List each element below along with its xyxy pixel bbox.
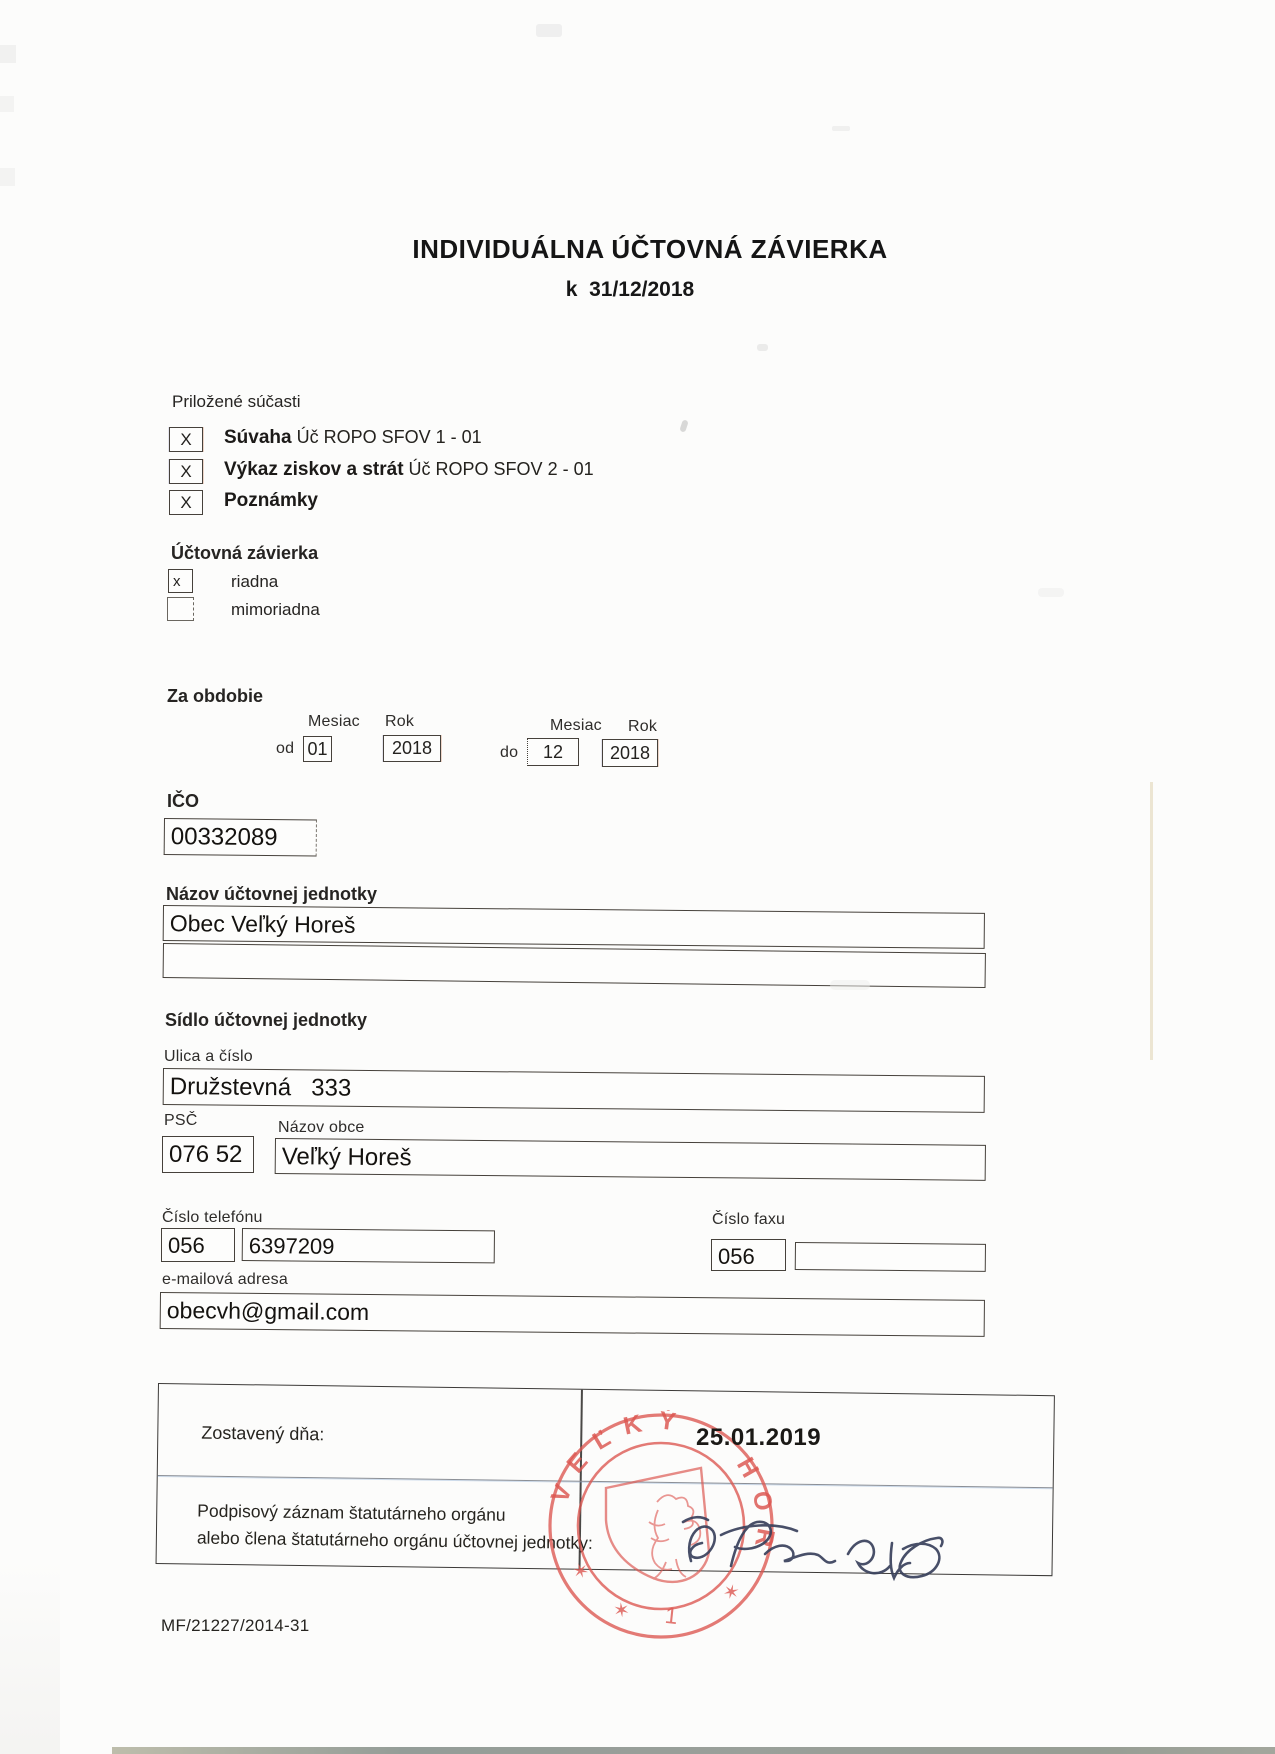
email-label: e-mailová adresa <box>162 1271 288 1289</box>
scan-artifact <box>536 24 562 37</box>
attachment-name: Súvaha <box>224 427 292 448</box>
period-to-month-value: 12 <box>543 742 563 763</box>
phone-prefix-value: 056 <box>162 1229 234 1258</box>
compiled-date-value: 25.01.2019 <box>696 1424 821 1452</box>
entity-name-value: Obec Veľký Horeš <box>164 906 984 944</box>
attachment-form-code: Úč ROPO SFOV 1 - 01 <box>292 427 482 447</box>
table-row-divider <box>158 1475 1053 1489</box>
town-value: Veľký Horeš <box>276 1139 985 1177</box>
svg-text:✶: ✶ <box>612 1599 631 1623</box>
period-label: Za obdobie <box>167 686 263 707</box>
attachment-form-code: Úč ROPO SFOV 2 - 01 <box>404 459 594 479</box>
attachment-name: Výkaz ziskov a strát <box>224 459 404 480</box>
statement-type-label: Účtovná závierka <box>171 543 318 564</box>
scan-artifact-streak <box>1150 782 1153 1060</box>
phone-number-value: 6397209 <box>243 1229 494 1261</box>
scan-edge-strip <box>112 1747 1275 1754</box>
signature-label-line1: Podpisový záznam štatutárneho orgánu <box>197 1501 506 1526</box>
period-from-month-value: 01 <box>307 739 327 760</box>
fax-prefix-value: 056 <box>712 1240 785 1269</box>
checkbox-mimoriadna <box>167 597 194 621</box>
form-subtitle: k 31/12/2018 <box>330 278 930 302</box>
mimoriadna-label: mimoriadna <box>231 600 320 620</box>
checkbox-suvaha: X <box>169 427 203 452</box>
scan-artifact <box>0 96 14 112</box>
fax-number-value <box>796 1243 985 1250</box>
street-value: Družstevná 333 <box>164 1069 984 1108</box>
period-from-year-label: Rok <box>385 713 414 731</box>
period-from-month-field: 01 <box>303 736 332 762</box>
phone-label: Číslo telefónu <box>162 1209 263 1227</box>
email-value: obecvh@gmail.com <box>161 1293 984 1331</box>
zip-label: PSČ <box>164 1112 198 1130</box>
attachment-item: Poznámky <box>224 490 318 512</box>
signature-label-line2: alebo člena štatutárneho orgánu účtovnej… <box>197 1528 593 1554</box>
period-from-month-label: Mesiac <box>308 713 360 731</box>
fax-label: Číslo faxu <box>712 1211 785 1229</box>
zip-field: 076 52 <box>162 1136 254 1173</box>
checkbox-suvaha-mark: X <box>180 430 191 450</box>
fax-prefix-field: 056 <box>711 1239 786 1271</box>
street-label: Ulica a číslo <box>164 1048 253 1066</box>
scanned-form-page: INDIVIDUÁLNA ÚČTOVNÁ ZÁVIERKA k 31/12/20… <box>0 0 1275 1754</box>
scan-artifact <box>1038 588 1064 597</box>
entity-name-field: Obec Veľký Horeš <box>163 905 985 949</box>
attachment-item: Súvaha Úč ROPO SFOV 1 - 01 <box>224 427 482 449</box>
period-to-year-field: 2018 <box>602 739 658 767</box>
scan-artifact <box>679 419 688 432</box>
scan-corner-shading <box>0 1560 60 1754</box>
svg-text:✶: ✶ <box>720 1580 742 1605</box>
entity-name-label: Názov účtovnej jednotky <box>166 884 377 905</box>
footer-form-code: MF/21227/2014-31 <box>161 1616 309 1636</box>
address-label: Sídlo účtovnej jednotky <box>165 1010 367 1031</box>
checkbox-riadna-mark: x <box>173 573 181 590</box>
entity-name-field-2 <box>163 943 986 988</box>
period-to-month-label: Mesiac <box>550 717 602 735</box>
ico-value: 00332089 <box>165 819 316 852</box>
period-from-label: od <box>276 740 294 758</box>
period-to-label: do <box>500 744 518 762</box>
phone-prefix-field: 056 <box>161 1228 235 1262</box>
period-to-year-value: 2018 <box>610 743 650 764</box>
zip-value: 076 52 <box>163 1137 253 1168</box>
email-field: obecvh@gmail.com <box>160 1292 985 1337</box>
ico-field: 00332089 <box>164 818 317 856</box>
attachment-item: Výkaz ziskov a strát Úč ROPO SFOV 2 - 01 <box>224 459 594 481</box>
town-label: Názov obce <box>278 1119 365 1137</box>
checkbox-poznamky: X <box>169 490 203 515</box>
form-title: INDIVIDUÁLNA ÚČTOVNÁ ZÁVIERKA <box>340 234 960 265</box>
phone-number-field: 6397209 <box>242 1228 495 1263</box>
scan-artifact <box>0 45 16 63</box>
checkbox-vykaz-mark: X <box>180 462 191 482</box>
period-from-year-field: 2018 <box>383 735 441 762</box>
stamp-bottom-number: 1 <box>664 1602 679 1629</box>
compiled-date-label: Zostavený dňa: <box>201 1423 324 1446</box>
riadna-label: riadna <box>231 572 278 592</box>
checkbox-poznamky-mark: X <box>180 493 191 513</box>
checkbox-riadna: x <box>168 569 193 593</box>
period-to-year-label: Rok <box>628 718 657 736</box>
scan-artifact <box>832 126 850 131</box>
ico-label: IČO <box>167 791 199 812</box>
attachments-label: Priložené súčasti <box>172 392 301 412</box>
scan-artifact <box>757 344 768 351</box>
checkbox-vykaz: X <box>169 459 203 484</box>
fax-number-field <box>795 1242 986 1272</box>
period-to-month-field: 12 <box>527 738 579 766</box>
town-field: Veľký Horeš <box>275 1138 986 1181</box>
street-field: Družstevná 333 <box>163 1068 985 1113</box>
signature-table: Zostavený dňa: Podpisový záznam štatutár… <box>156 1383 1055 1576</box>
attachment-name: Poznámky <box>224 490 318 511</box>
period-from-year-value: 2018 <box>392 738 432 759</box>
scan-artifact <box>0 168 15 186</box>
